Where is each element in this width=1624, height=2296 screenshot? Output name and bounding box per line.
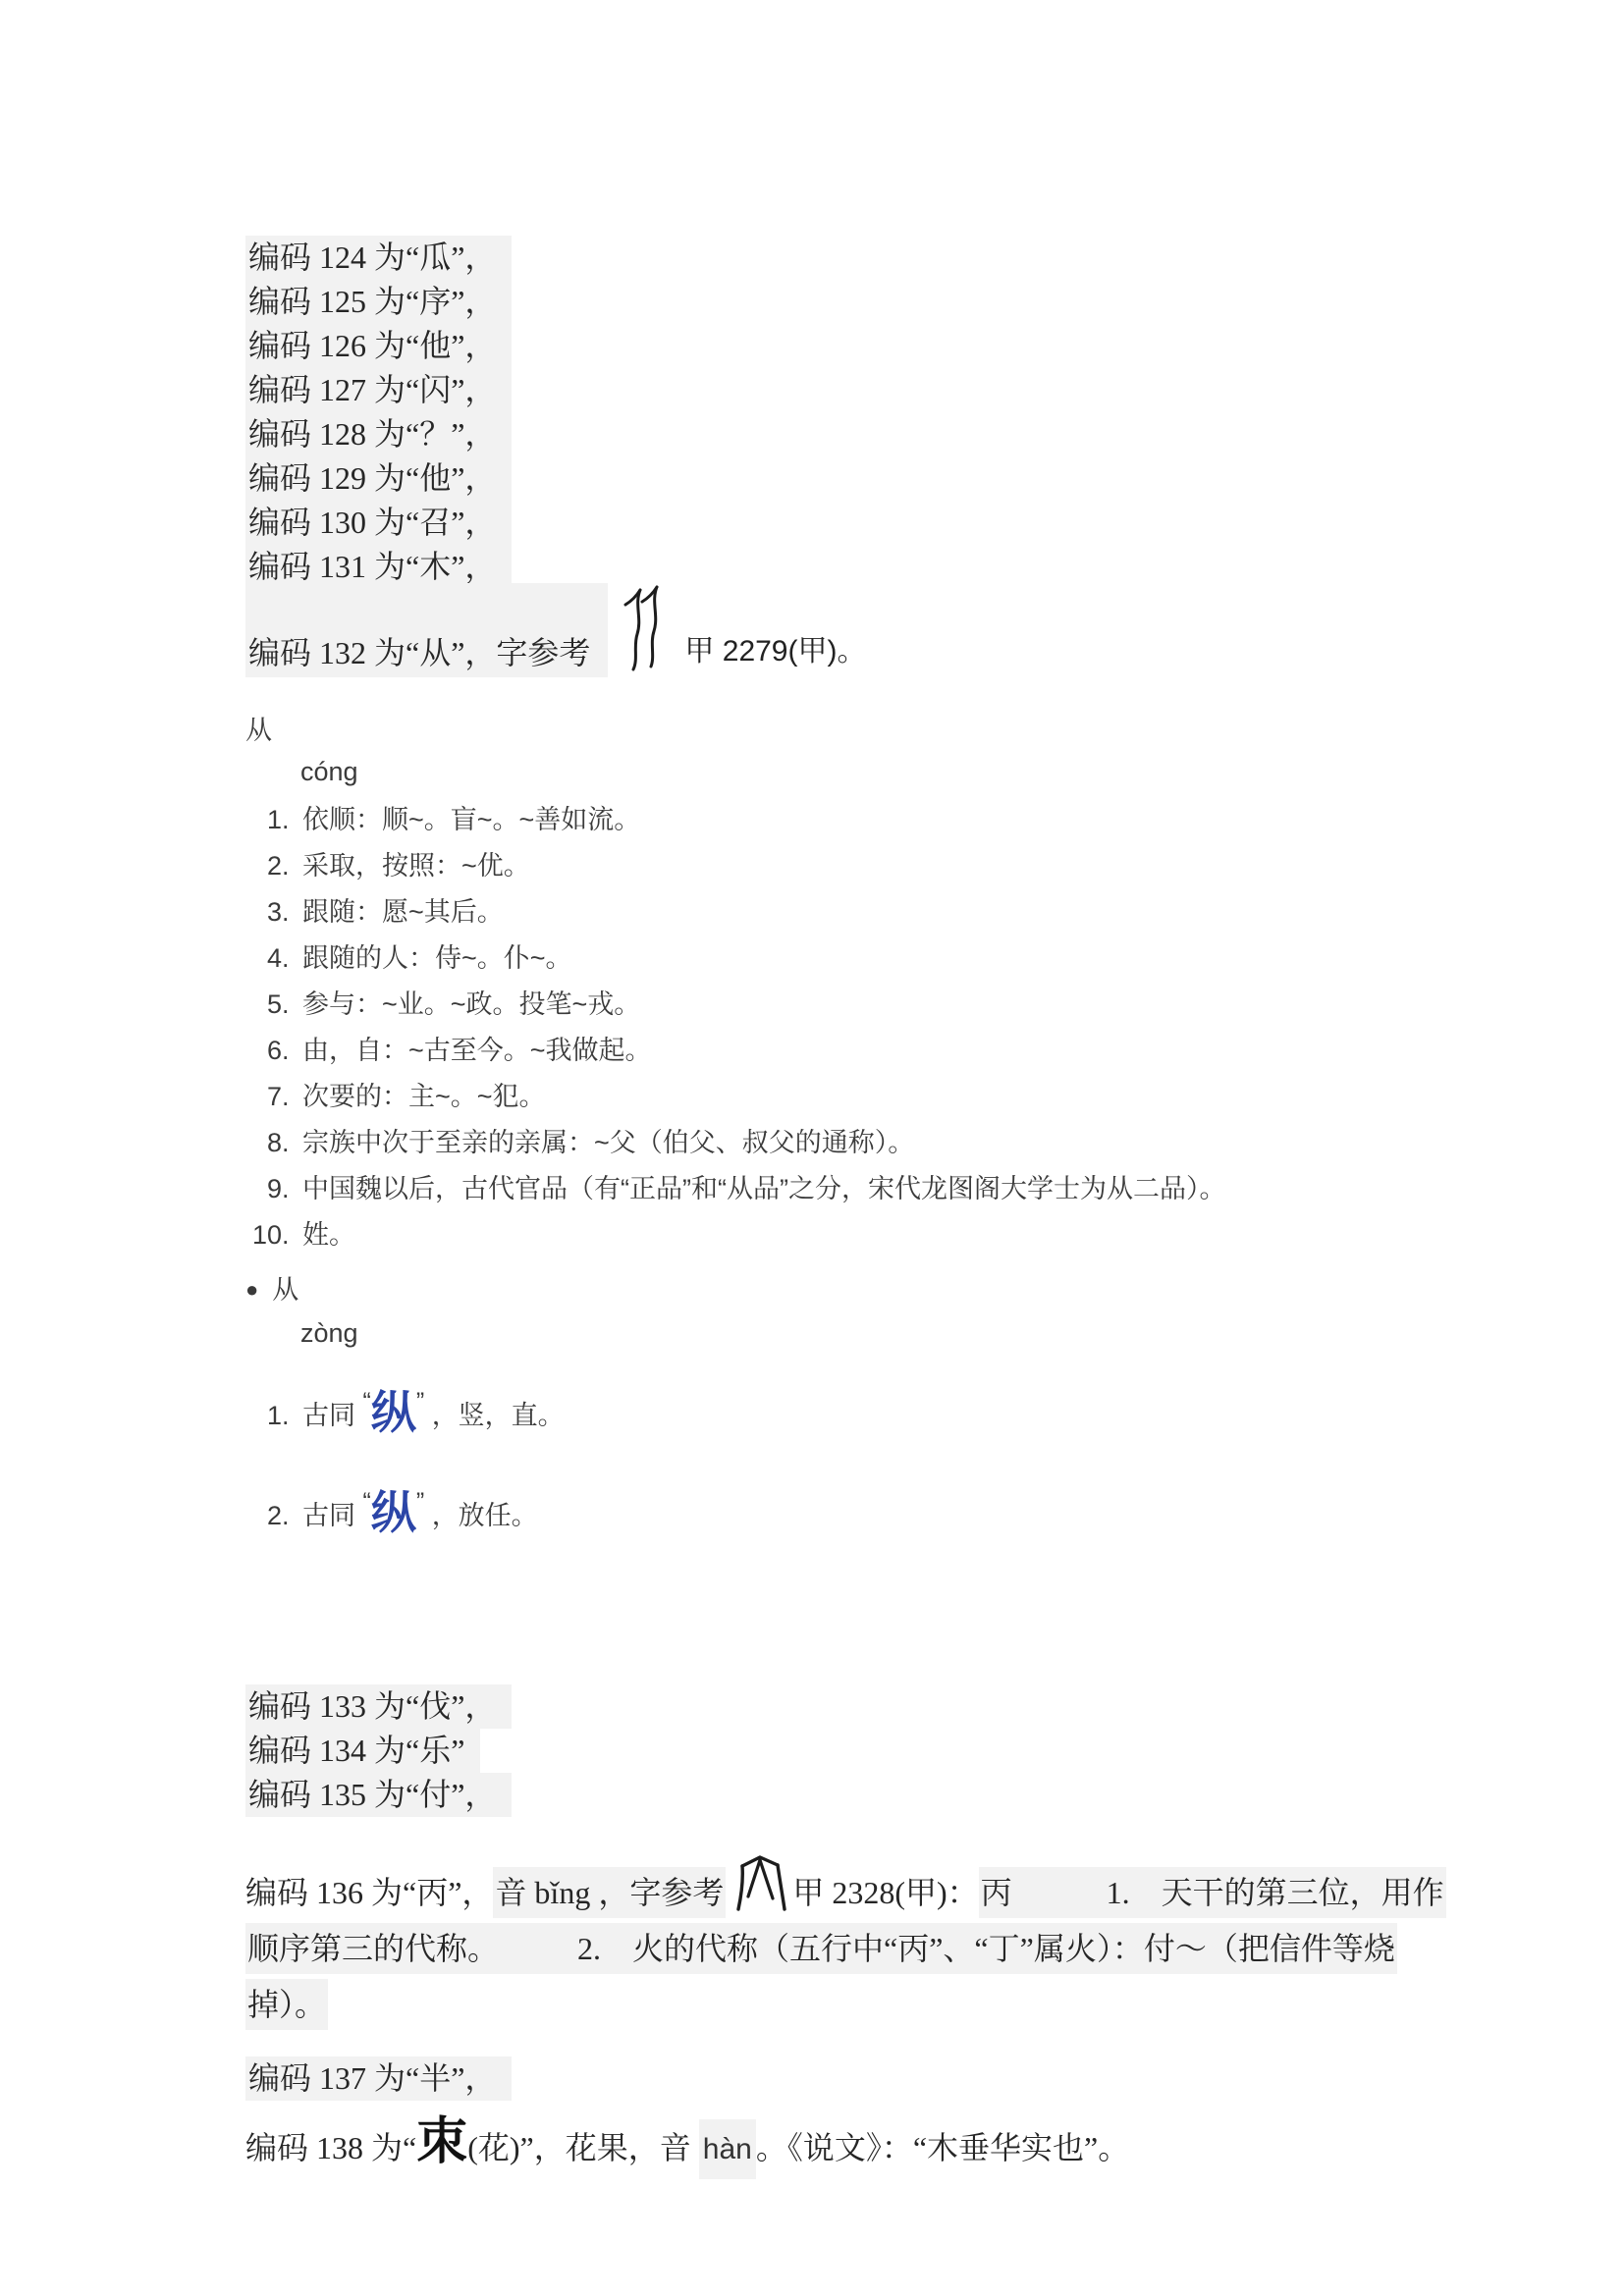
close-quote: ”	[416, 1488, 424, 1516]
code-line-text: 编码 133 为“伐”，	[245, 1684, 512, 1729]
code-line-127: 编码 127 为“闪”，	[245, 368, 1467, 412]
sense-list: 依顺：顺~。盲~。~善如流。 采取，按照：~优。 跟随：愿~其后。 跟随的人：侍…	[245, 797, 1467, 1258]
code-line-126: 编码 126 为“他”，	[245, 324, 1467, 368]
headword: 从	[272, 1268, 298, 1311]
pronunciation-highlight: hàn	[699, 2119, 756, 2179]
code-list-top: 编码 124 为“瓜”， 编码 125 为“序”， 编码 126 为“他”， 编…	[245, 236, 1467, 589]
code-line-text: (花)”，花果，音	[467, 2130, 699, 2165]
headword: 从	[245, 711, 1467, 750]
code-list-bottom: 编码 133 为“伐”， 编码 134 为“乐” 编码 135 为“付”，	[245, 1684, 1467, 1817]
close-quote: ”	[416, 1388, 424, 1415]
sense-prefix: 古同	[302, 1501, 355, 1530]
code-line-124: 编码 124 为“瓜”，	[245, 236, 1467, 280]
code-line-125: 编码 125 为“序”，	[245, 280, 1467, 324]
highlighted-text: 音 bǐng ，字参考	[493, 1867, 726, 1918]
pinyin: zòng	[300, 1311, 1467, 1355]
code-line-text: 编码 138 为“	[245, 2130, 416, 2165]
code-line-text: 编码 124 为“瓜”，	[245, 236, 512, 280]
open-quote: “	[363, 1388, 371, 1415]
code-line-138: 编码 138 为“朿(花)”，花果，音 hàn。《说文》：“木垂华实也”。	[245, 2110, 1467, 2182]
code-line-text: 编码 127 为“闪”，	[245, 368, 512, 412]
sense-item: 跟随的人：侍~。仆~。	[297, 935, 1467, 982]
code-line-text: 编码 134 为“乐”	[245, 1729, 480, 1773]
code-line-137: 编码 137 为“半”，	[245, 2056, 1467, 2101]
pinyin: cóng	[300, 750, 1467, 793]
document-page: 编码 124 为“瓜”， 编码 125 为“序”， 编码 126 为“他”， 编…	[0, 0, 1624, 2296]
code-line-129: 编码 129 为“他”，	[245, 456, 1467, 501]
sense-item: 古同 “纵” ，放任。	[297, 1459, 1467, 1559]
sense-item: 参与：~业。~政。投笔~戎。	[297, 982, 1467, 1028]
sense-item: 采取，按照：~优。	[297, 843, 1467, 889]
oracle-reference: 甲 2279(甲)。	[684, 626, 866, 677]
code-line-text: 编码 135 为“付”，	[245, 1773, 512, 1817]
zong-variant-glyph: 纵	[371, 1488, 416, 1538]
sense-item: 次要的：主~。~犯。	[297, 1074, 1467, 1120]
sense-prefix: 古同	[302, 1401, 355, 1430]
sense-suffix: ，放任。	[432, 1501, 538, 1530]
code-line-text: 编码 128 为“？”，	[245, 412, 512, 456]
ci-character-glyph: 朿	[416, 2114, 467, 2170]
oracle-reference: 甲 2328(甲)：	[792, 1875, 978, 1910]
sense-item: 跟随：愿~其后。	[297, 889, 1467, 935]
sense-item: 依顺：顺~。盲~。~善如流。	[297, 797, 1467, 843]
sense-item: 宗族中次于至亲的亲属：~父（伯父、叔父的通称）。	[297, 1120, 1467, 1166]
bullet-headword-row: ● 从	[245, 1268, 1467, 1311]
code-line-132: 编码 132 为“从”，字参考 甲 2279(甲)。	[245, 583, 1467, 677]
oracle-cong-glyph	[622, 583, 669, 673]
code-line-136: 编码 136 为“丙”，音 bǐng ，字参考甲 2328(甲)：丙 1. 天干…	[245, 1852, 1463, 2033]
sense-list: 古同 “纵” ，竖，直。 古同 “纵” ，放任。	[245, 1359, 1467, 1559]
zong-variant-glyph: 纵	[371, 1388, 416, 1438]
code-line-text: 编码 129 为“他”，	[245, 456, 512, 501]
dictionary-entry-zong: ● 从 zòng 古同 “纵” ，竖，直。 古同 “纵” ，放任。	[245, 1268, 1467, 1559]
sense-item: 中国魏以后，古代官品（有“正品”和“从品”之分，宋代龙图阁大学士为从二品）。	[297, 1166, 1467, 1212]
code-line-135: 编码 135 为“付”，	[245, 1773, 1467, 1817]
sense-item: 由，自：~古至今。~我做起。	[297, 1028, 1467, 1074]
dictionary-entry-cong: 从 cóng 依顺：顺~。盲~。~善如流。 采取，按照：~优。 跟随：愿~其后。…	[245, 711, 1467, 1258]
sense-item: 姓。	[297, 1212, 1467, 1258]
oracle-bing-glyph	[733, 1852, 786, 1913]
code-line-133: 编码 133 为“伐”，	[245, 1684, 1467, 1729]
code-line-text: 编码 126 为“他”，	[245, 324, 512, 368]
sense-item: 古同 “纵” ，竖，直。	[297, 1359, 1467, 1459]
code-line-130: 编码 130 为“召”，	[245, 501, 1467, 545]
code-line-text: 编码 130 为“召”，	[245, 501, 512, 545]
sense-suffix: ，竖，直。	[432, 1401, 565, 1430]
code-line-text: 编码 136 为“丙”，	[245, 1875, 493, 1910]
code-line-134: 编码 134 为“乐”	[245, 1729, 1467, 1773]
code-line-text: 编码 132 为“从”，字参考	[245, 583, 608, 677]
code-line-text: 编码 137 为“半”，	[245, 2056, 512, 2101]
code-line-text: 。《说文》：“木垂华实也”。	[756, 2130, 1129, 2165]
bullet-icon: ●	[245, 1268, 258, 1311]
code-line-text: 编码 125 为“序”，	[245, 280, 512, 324]
code-line-128: 编码 128 为“？”，	[245, 412, 1467, 456]
open-quote: “	[363, 1488, 371, 1516]
